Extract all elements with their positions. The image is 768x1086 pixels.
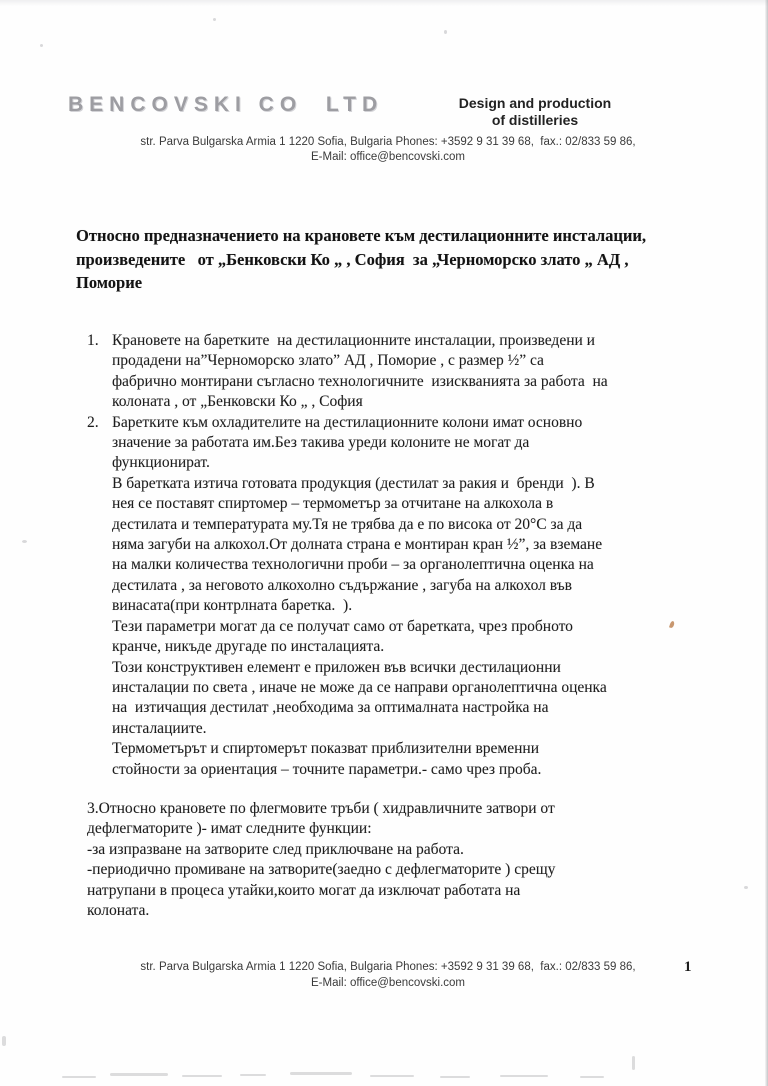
list-item-2: 2. Баретките към охладителите на дестила… — [87, 413, 715, 474]
list-item-text: Крановете на баретките на дестилационнит… — [112, 331, 608, 413]
paragraph-tezi-parametri: Тези параметри могат да се получат само … — [112, 617, 715, 658]
company-tagline: Design and production of distilleries — [425, 95, 645, 129]
company-logo: BENCOVSKI CO LTD — [68, 93, 383, 117]
header-contact-line: str. Parva Bulgarska Armia 1 1220 Sofia,… — [56, 135, 720, 165]
paragraph-termometar: Термометърът и спиртомерът показват приб… — [112, 739, 715, 780]
document-body: 1. Крановете на баретките на дестилацион… — [87, 331, 715, 921]
footer-contact-line: str. Parva Bulgarska Armia 1 1220 Sofia,… — [56, 960, 720, 991]
list-item-text: Баретките към охладителите на дестилацио… — [112, 413, 582, 474]
list-number: 1. — [87, 331, 112, 413]
list-number: 2. — [87, 413, 112, 474]
scanned-page: BENCOVSKI CO LTD Design and production o… — [0, 0, 768, 1086]
paragraph-tozi-element: Този конструктивен елемент е приложен въ… — [112, 658, 715, 740]
document-title: Относно предназначението на крановете къ… — [76, 224, 726, 295]
paragraph-spacer — [87, 780, 715, 799]
paragraph-baretka: В баретката изтича готовата продукция (д… — [112, 474, 715, 617]
section-3: 3.Относно крановете по флегмовите тръби … — [87, 799, 715, 921]
list-item-1: 1. Крановете на баретките на дестилацион… — [87, 331, 715, 413]
page-number: 1 — [684, 959, 692, 976]
scan-edge-top — [0, 0, 768, 6]
